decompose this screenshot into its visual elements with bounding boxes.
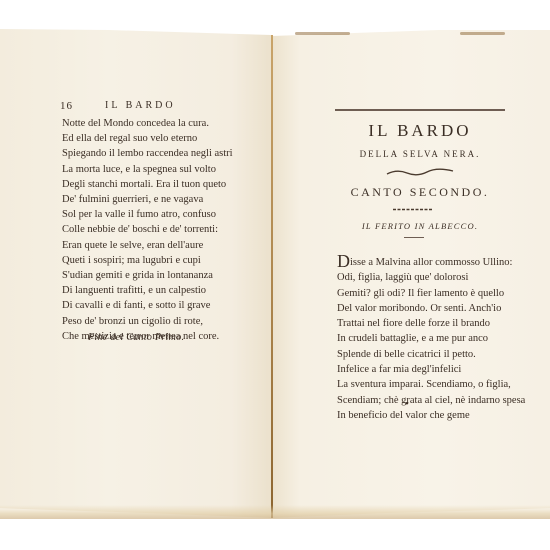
short-rule [404,237,424,238]
section-title: IL FERITO IN ALBECCO. [335,221,505,231]
canto-closing: Fine del Canto Primo. [88,332,184,343]
verse-line: Spiegando il lembo raccendea negli astri [62,146,262,161]
verse-line: Peso de' bronzi un cigolio di rote, [62,314,262,329]
canto-heading: CANTO SECONDO. [335,185,505,200]
verse-line: Trattai nel fiore delle forze il brando [337,316,537,331]
verse-line: In beneficio del valor che geme [337,408,537,423]
verse-line: Infelice a far mia degl'infelici [337,362,537,377]
verse-line: Colle nebbie de' boschi e de' torrenti: [62,222,262,237]
verse-line-first: Disse a Malvina allor commosso Ullino: [337,255,537,270]
dashed-ornament-icon [393,208,433,211]
verse-line: In crudeli battaglie, e a me pur anco [337,331,537,346]
verse-line: Odi, figlia, laggiù que' dolorosi [337,270,537,285]
verse-block-right: Disse a Malvina allor commosso Ullino: O… [337,255,537,423]
swash-ornament-icon [385,167,455,177]
page-number: 16 [60,100,73,112]
verse-line: S'udian gemiti e grida in lontananza [62,268,262,283]
verse-line: Di cavalli e di fanti, e sotto il grave [62,298,262,313]
verse-line: La sventura imparai. Scendiamo, o figlia… [337,377,537,392]
verse-block-left: Notte del Mondo concedea la cura. Ed ell… [62,116,262,344]
verse-line: Del valor moribondo. Or senti. Anch'io [337,301,537,316]
verse-line: Scendiam; chè grata al ciel, nè indarno … [337,393,537,408]
verse-line: Degli stanchi mortali. Era il tuon queto [62,177,262,192]
verse-line: Sol per la valle il fumo atro, confuso [62,207,262,222]
verse-line: Di languenti trafitti, e un calpestio [62,283,262,298]
signature-mark: • [405,398,409,410]
verse-line-text: isse a Malvina allor commosso Ullino: [350,257,512,268]
drop-cap: D [337,251,350,271]
open-book: 16 IL BARDO Notte del Mondo concedea la … [0,0,550,550]
book-subtitle: DELLA SELVA NERA. [335,149,505,159]
deckle-edge [0,505,550,519]
verse-line: Queti i sospiri; ma lugubri e cupi [62,253,262,268]
verse-line: Gemiti? gli odi? Il fier lamento è quell… [337,286,537,301]
verse-line: Splende di belle cicatrici il petto. [337,347,537,362]
verse-line: De' fulmini guerrieri, e ne vagava [62,192,262,207]
top-edge-stain [295,32,350,35]
verse-line: Notte del Mondo concedea la cura. [62,116,262,131]
top-edge-stain [460,32,505,35]
book-title: IL BARDO [335,121,505,141]
verse-line: Ed ella del regal suo velo eterno [62,131,262,146]
verse-line: Eran quete le selve, eran dell'aure [62,238,262,253]
verse-line: La morta luce, e la spegnea sul volto [62,162,262,177]
book-gutter [271,35,273,518]
title-rule [335,109,505,111]
running-title: IL BARDO [105,100,176,111]
